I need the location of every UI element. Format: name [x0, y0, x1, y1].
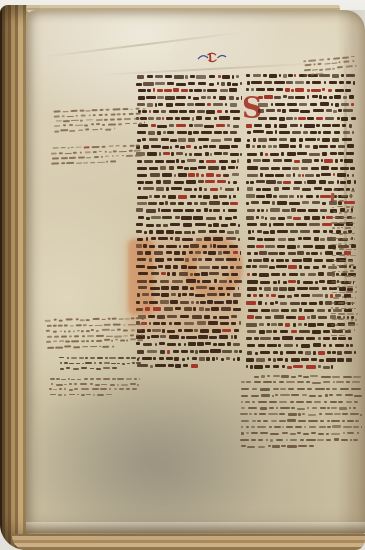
margin-note-left-4 [59, 357, 143, 377]
margin-gloss-right [331, 190, 358, 344]
main-text-column-left [136, 75, 242, 375]
margin-note-left-3 [45, 318, 146, 356]
parchment-page: S [26, 10, 365, 534]
margin-note-left-5 [49, 378, 141, 403]
bottom-fold [26, 522, 365, 533]
margin-note-left-2 [51, 144, 145, 172]
folio-mark-icon [197, 50, 227, 66]
annotation-bottom [240, 375, 362, 456]
manuscript-photo: S [0, 0, 365, 550]
margin-note-left-1 [54, 107, 147, 139]
